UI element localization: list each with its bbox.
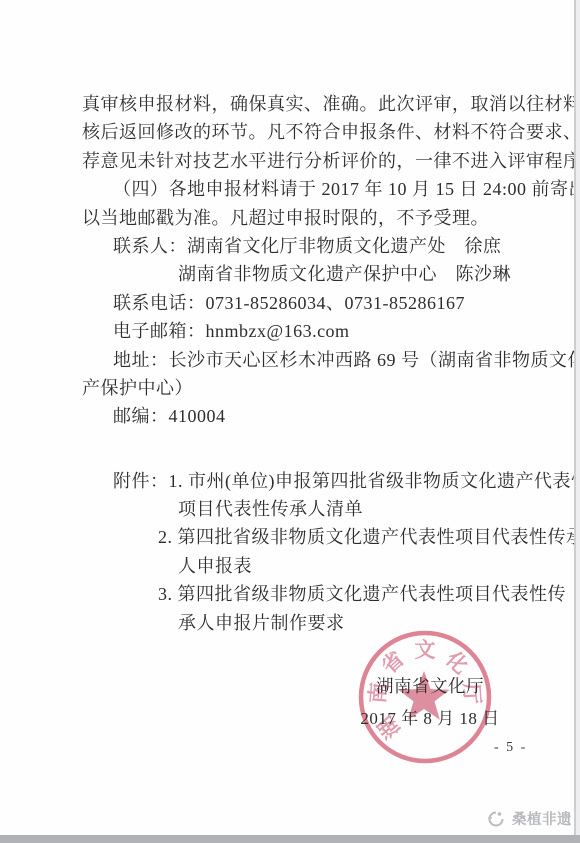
document-line: 联系电话：0731-85286034、0731-85286167 (113, 289, 552, 317)
document-line: 项目代表性传承人清单 (178, 495, 552, 523)
document-line: 真审核申报材料，确保真实、准确。此次评审，取消以往材料审 (82, 90, 552, 118)
document-line: 联系人：湖南省文化厅非物质文化遗产处 徐庶 (113, 232, 552, 260)
document-line: 产保护中心） (82, 374, 552, 402)
attachment-list: 附件：1. 市州(单位)申报第四批省级非物质文化遗产代表性项目代表性传承人清单2… (82, 467, 552, 637)
issuing-organization: 湖南省文化厅 (340, 676, 520, 696)
document-line: 附件：1. 市州(单位)申报第四批省级非物质文化遗产代表性 (113, 467, 552, 495)
document-line: 地址：长沙市天心区杉木冲西路 69 号（湖南省非物质文化遗 (113, 346, 552, 374)
document-line: 邮编：410004 (113, 402, 552, 430)
issue-date: 2017 年 8 月 18 日 (340, 709, 520, 729)
document-line: 承人申报片制作要求 (178, 609, 552, 637)
scan-edge-line (574, 0, 576, 837)
document-line: 电子邮箱：hnmbzx@163.com (113, 317, 552, 345)
document-line: 核后返回修改的环节。凡不符合申报条件、材料不符合要求、推 (82, 118, 552, 146)
document-line: 湖南省非物质文化遗产保护中心 陈沙琳 (178, 260, 552, 288)
seal-arc-char: 省 (377, 647, 409, 679)
document-line: 2. 第四批省级非物质文化遗产代表性项目代表性传承 (158, 523, 552, 551)
document-text: 真审核申报材料，确保真实、准确。此次评审，取消以往材料审核后返回修改的环节。凡不… (82, 90, 552, 637)
watermark: 桑植非遗 (486, 808, 572, 829)
watermark-label: 桑植非遗 (512, 808, 572, 829)
page-number: - 5 - (494, 740, 527, 756)
scan-bottom-band (0, 835, 580, 843)
document-line: 荐意见未针对技艺水平进行分析评价的，一律不进入评审程序。 (82, 147, 552, 175)
scanned-document-page: 真审核申报材料，确保真实、准确。此次评审，取消以往材料审核后返回修改的环节。凡不… (0, 0, 580, 843)
document-line: 3. 第四批省级非物质文化遗产代表性项目代表性传 (158, 580, 552, 608)
seal-arc-char: 化 (440, 646, 472, 679)
document-line: （四）各地申报材料请于 2017 年 10 月 15 日 24:00 前寄出， (113, 175, 552, 203)
seal-arc-char: 文 (415, 638, 436, 662)
watermark-logo-icon (486, 809, 506, 829)
document-body: 真审核申报材料，确保真实、准确。此次评审，取消以往材料审核后返回修改的环节。凡不… (82, 90, 552, 431)
document-line: 人申报表 (178, 552, 552, 580)
signature-block: 湖南省文化厅 2017 年 8 月 18 日 (340, 676, 520, 729)
scan-edge-strip (576, 0, 580, 843)
document-line: 以当地邮戳为准。凡超过申报时限的，不予受理。 (82, 204, 552, 232)
